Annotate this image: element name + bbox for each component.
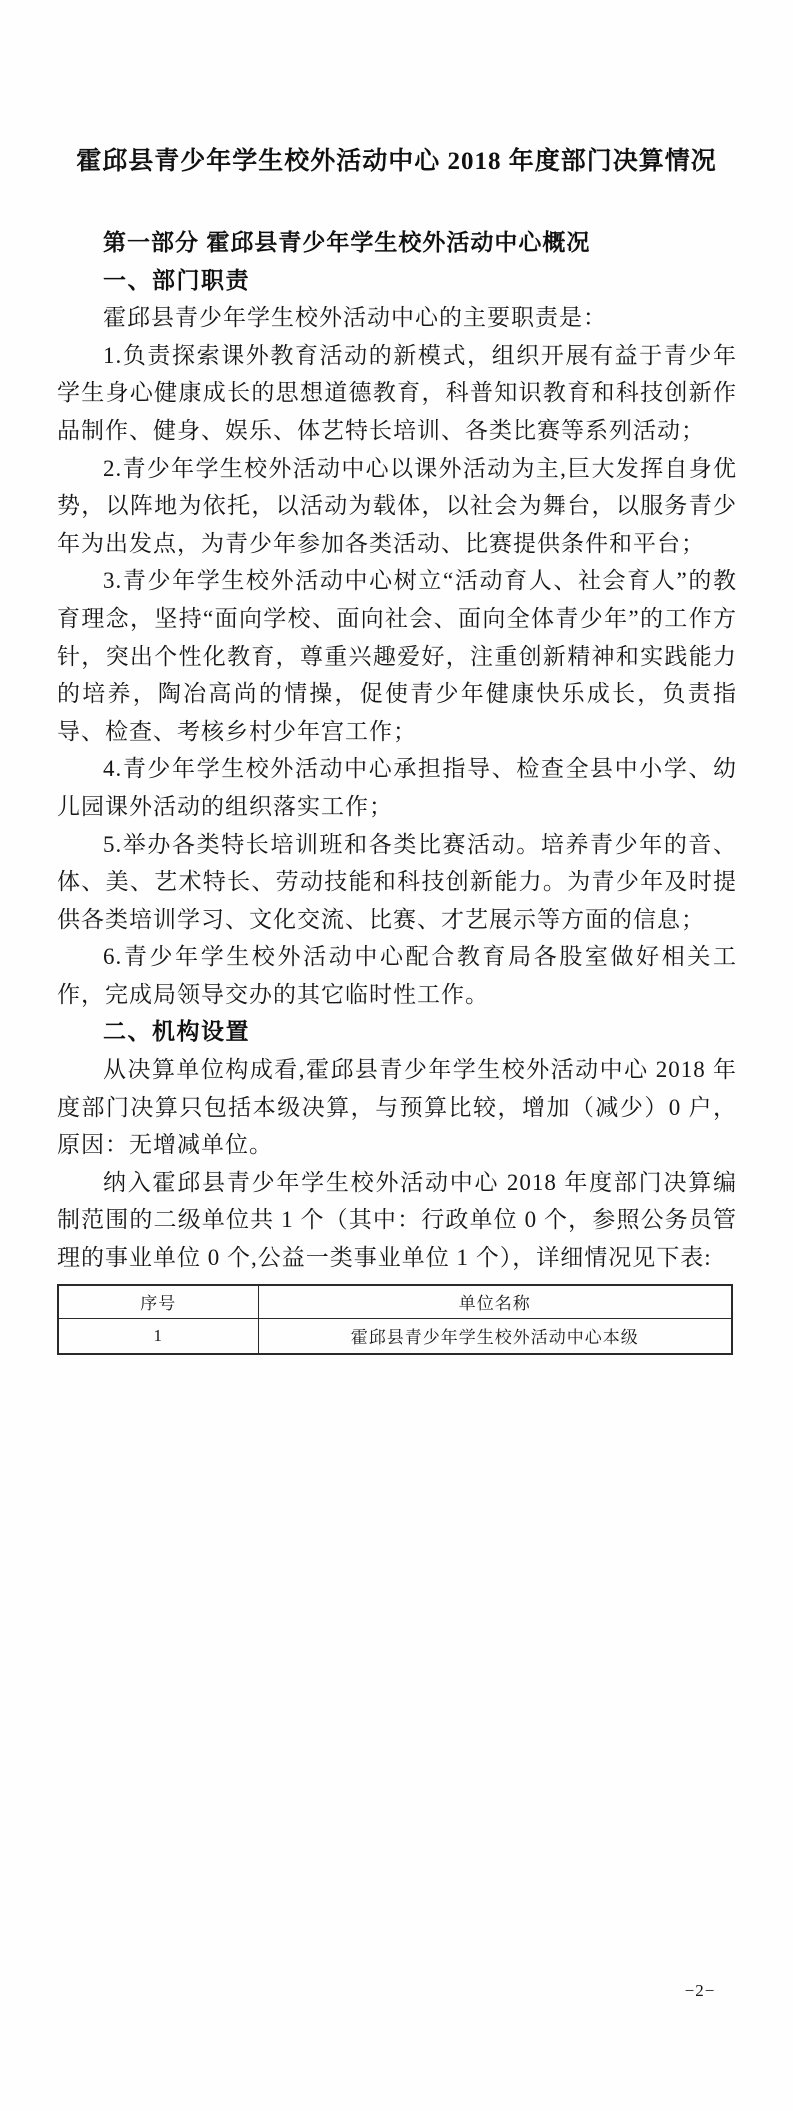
duty-item-6: 6.青少年学生校外活动中心配合教育局各股室做好相关工作，完成局领导交办的其它临时… (57, 938, 737, 1013)
duties-intro: 霍邱县青少年学生校外活动中心的主要职责是： (57, 299, 737, 337)
duty-item-5: 5.举办各类特长培训班和各类比赛活动。培养青少年的音、体、美、艺术特长、劳动技能… (57, 826, 737, 939)
org-composition-paragraph: 从决算单位构成看,霍邱县青少年学生校外活动中心 2018 年度部门决算只包括本级… (57, 1051, 737, 1164)
table-cell-unit-name: 霍邱县青少年学生校外活动中心本级 (258, 1318, 732, 1354)
table-row: 1 霍邱县青少年学生校外活动中心本级 (58, 1318, 732, 1354)
duty-item-3: 3.青少年学生校外活动中心树立“活动育人、社会育人”的教育理念，坚持“面向学校、… (57, 562, 737, 750)
page-number: −2− (655, 1981, 745, 2001)
document-page: 霍邱县青少年学生校外活动中心 2018 年度部门决算情况 第一部分 霍邱县青少年… (0, 0, 793, 2111)
part1-heading: 第一部分 霍邱县青少年学生校外活动中心概况 (57, 224, 737, 262)
duty-item-2: 2.青少年学生校外活动中心以课外活动为主,巨大发挥自身优势，以阵地为依托，以活动… (57, 450, 737, 563)
duties-heading: 一、部门职责 (57, 262, 737, 300)
document-title: 霍邱县青少年学生校外活动中心 2018 年度部门决算情况 (0, 0, 793, 178)
subunits-table-body: 1 霍邱县青少年学生校外活动中心本级 (58, 1318, 732, 1354)
subunits-table-head: 序号 单位名称 (58, 1285, 732, 1319)
duty-item-4: 4.青少年学生校外活动中心承担指导、检查全县中小学、幼儿园课外活动的组织落实工作… (57, 750, 737, 825)
table-cell-index: 1 (58, 1318, 258, 1354)
table-header-unit-name: 单位名称 (258, 1285, 732, 1319)
subunits-table: 序号 单位名称 1 霍邱县青少年学生校外活动中心本级 (57, 1284, 733, 1355)
org-setup-heading: 二、机构设置 (57, 1013, 737, 1051)
duty-item-1: 1.负责探索课外教育活动的新模式，组织开展有益于青少年学生身心健康成长的思想道德… (57, 337, 737, 450)
org-subunits-paragraph: 纳入霍邱县青少年学生校外活动中心 2018 年度部门决算编制范围的二级单位共 1… (57, 1164, 737, 1277)
table-header-row: 序号 单位名称 (58, 1285, 732, 1319)
table-header-index: 序号 (58, 1285, 258, 1319)
document-body: 第一部分 霍邱县青少年学生校外活动中心概况 一、部门职责 霍邱县青少年学生校外活… (57, 224, 737, 1355)
